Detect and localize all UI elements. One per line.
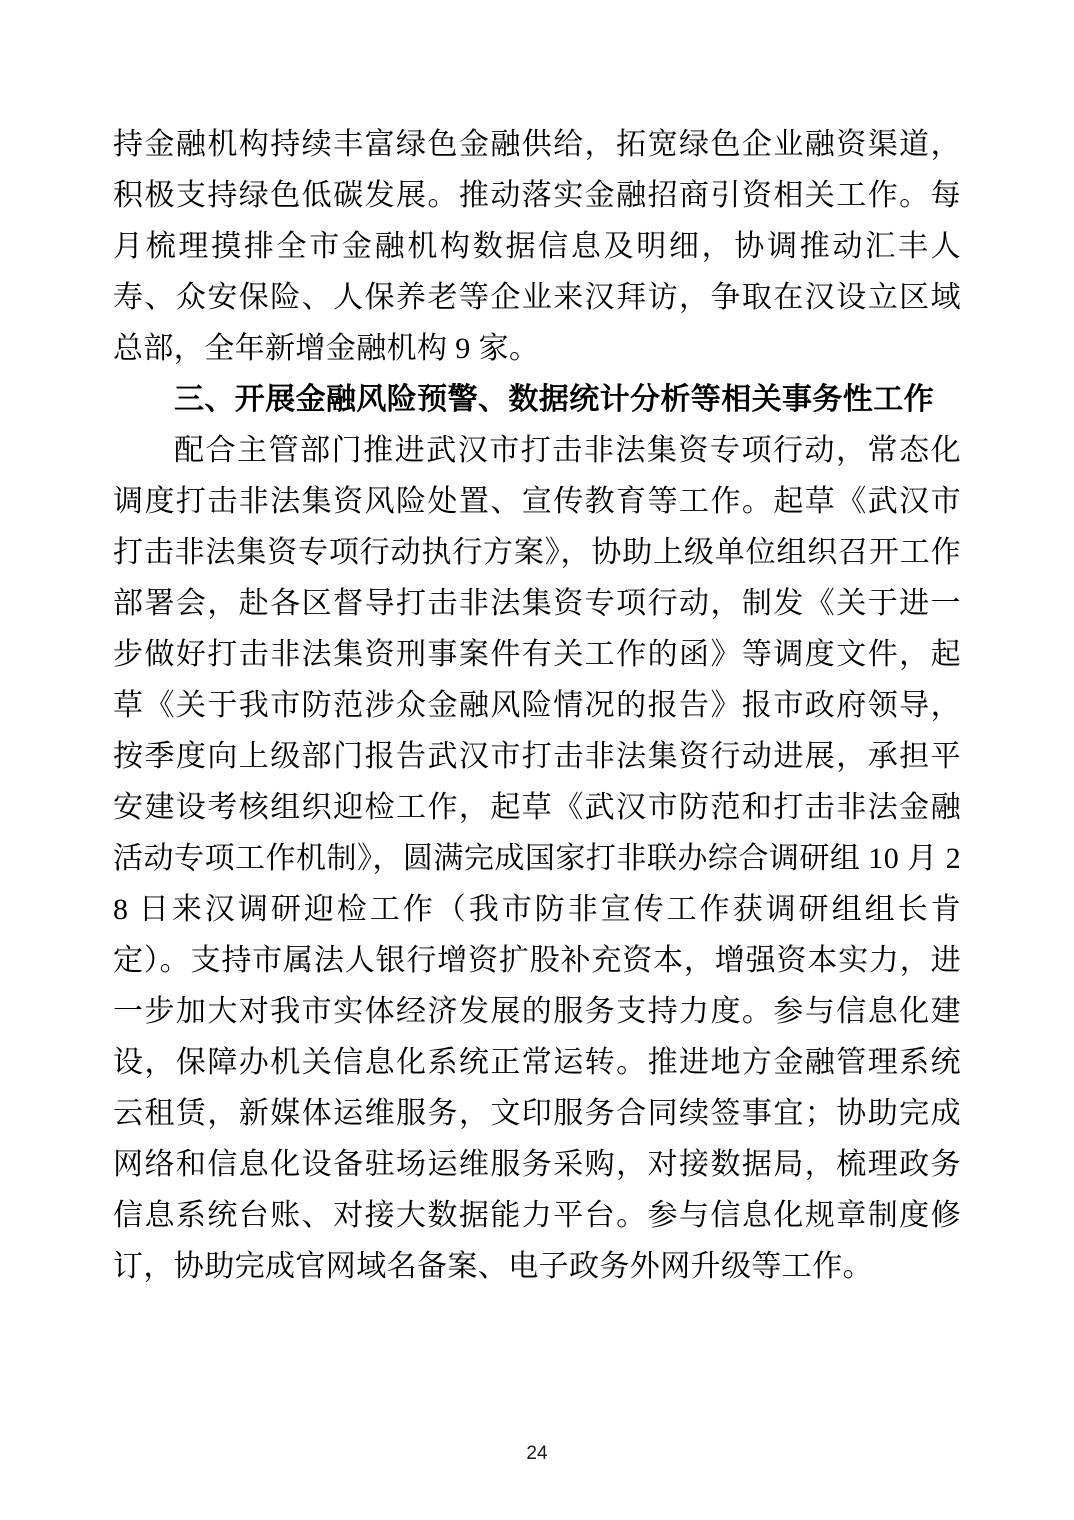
paragraph-continuation: 持金融机构持续丰富绿色金融供给，拓宽绿色企业融资渠道，积极支持绿色低碳发展。推动… <box>113 119 961 374</box>
page-number: 24 <box>0 1443 1074 1465</box>
section-paragraph: 配合主管部门推进武汉市打击非法集资专项行动，常态化调度打击非法集资风险处置、宣传… <box>113 425 961 1292</box>
section-heading: 三、开展金融风险预警、数据统计分析等相关事务性工作 <box>113 374 961 425</box>
document-page: 持金融机构持续丰富绿色金融供给，拓宽绿色企业融资渠道，积极支持绿色低碳发展。推动… <box>0 0 1074 1520</box>
document-body: 持金融机构持续丰富绿色金融供给，拓宽绿色企业融资渠道，积极支持绿色低碳发展。推动… <box>113 119 961 1292</box>
